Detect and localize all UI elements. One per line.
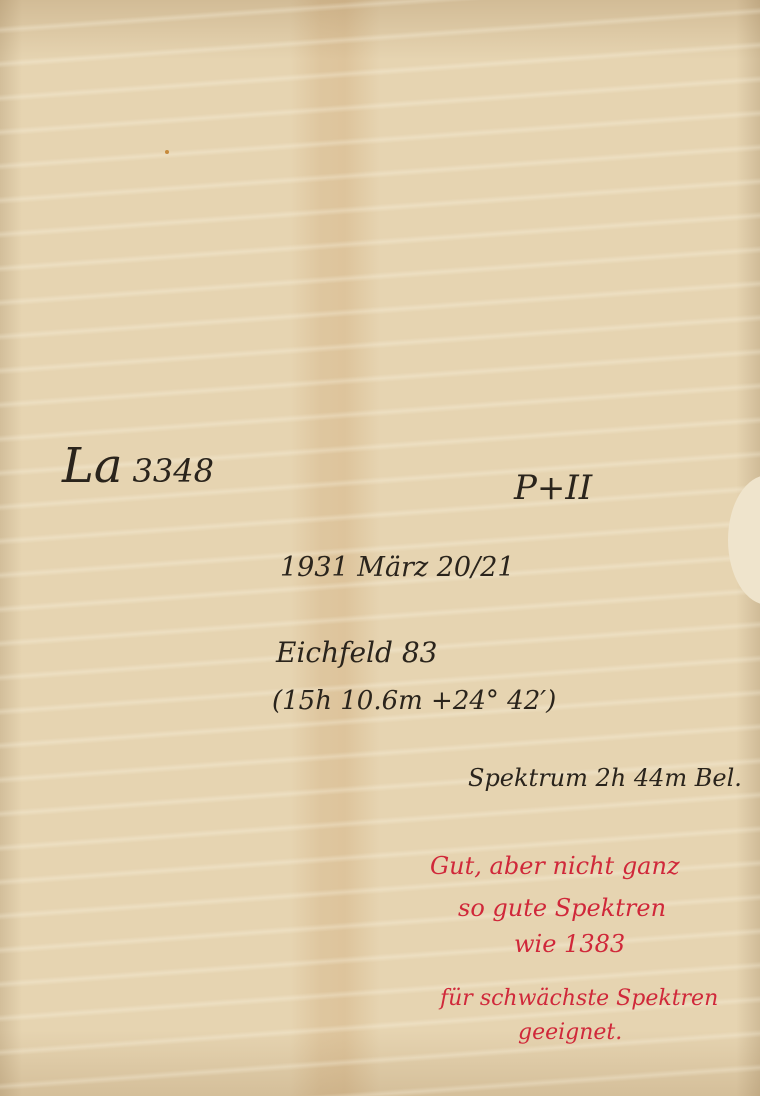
catalog-number: 3348: [133, 452, 214, 490]
red-remark-line: so gute Spektren: [458, 894, 666, 922]
catalog-label: La3348: [62, 438, 214, 494]
red-remark-line: wie 1383: [514, 930, 625, 958]
star-coordinates: (15h 10.6m +24° 42′): [272, 686, 556, 716]
red-remark-line: Gut, aber nicht ganz: [430, 852, 680, 880]
exposure-note: Spektrum 2h 44m Bel.: [468, 764, 742, 792]
stain-spot: [165, 150, 169, 154]
observation-date: 1931 März 20/21: [280, 552, 515, 583]
red-remark-line: für schwächste Spektren: [440, 986, 718, 1011]
star-name: Eichfeld 83: [276, 636, 437, 669]
catalog-prefix: La: [62, 438, 123, 494]
paper-texture: [0, 0, 760, 1096]
red-remark-line: geeignet.: [518, 1020, 622, 1045]
envelope: La3348 P+II 1931 März 20/21 Eichfeld 83 …: [0, 0, 760, 1096]
plates-label: P+II: [514, 468, 592, 508]
